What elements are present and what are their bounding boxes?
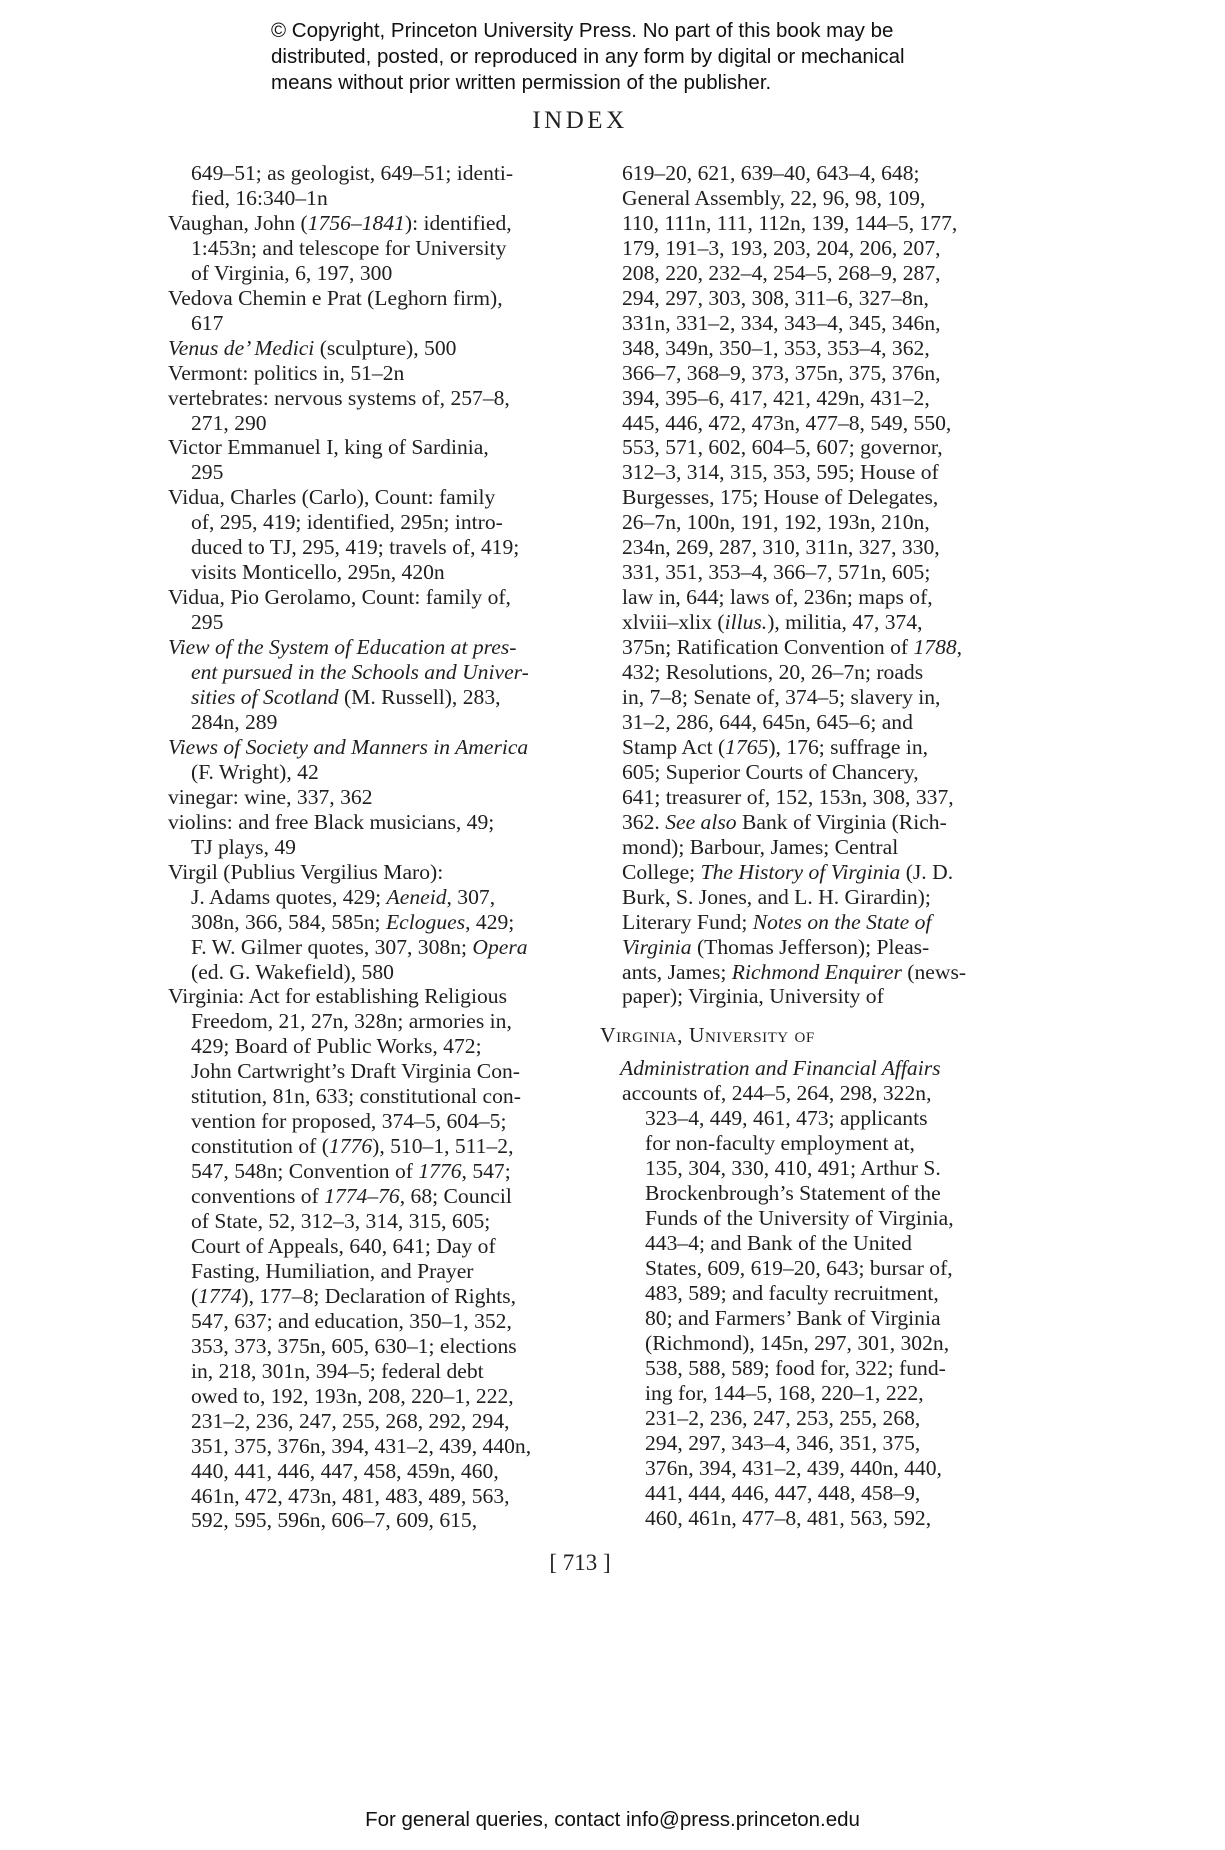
index-line: 641; treasurer of, 152, 153n, 308, 337, — [600, 785, 1020, 810]
index-text-italic: Virginia — [622, 935, 692, 959]
index-text: (news- — [902, 960, 966, 984]
index-text: 295 — [191, 610, 223, 634]
index-text: 641; treasurer of, 152, 153n, 308, 337, — [622, 785, 954, 809]
index-line: 440, 441, 446, 447, 458, 459n, 460, — [168, 1459, 568, 1484]
index-line: 538, 588, 589; food for, 322; fund- — [600, 1356, 1020, 1381]
index-text-italic: See also — [665, 810, 736, 834]
copyright-line: © Copyright, Princeton University Press.… — [271, 18, 1031, 44]
index-text: 440, 441, 446, 447, 458, 459n, 460, — [191, 1459, 499, 1483]
index-text: 331, 351, 353–4, 366–7, 571n, 605; — [622, 560, 930, 584]
index-line: General Assembly, 22, 96, 98, 109, — [600, 186, 1020, 211]
index-text-italic: Views of Society and Manners in America — [168, 735, 528, 759]
index-text: States, 609, 619–20, 643; bursar of, — [645, 1256, 953, 1280]
index-text-italic: sities of Scotland — [191, 685, 339, 709]
index-line: Vedova Chemin e Prat (Leghorn firm), — [168, 286, 568, 311]
index-text: 308n, 366, 584, 585n; — [191, 910, 386, 934]
index-line: 294, 297, 343–4, 346, 351, 375, — [600, 1431, 1020, 1456]
footer-contact: For general queries, contact info@press.… — [0, 1808, 1225, 1832]
index-text: 179, 191–3, 193, 203, 204, 206, 207, — [622, 236, 941, 260]
index-line: 294, 297, 303, 308, 311–6, 327–8n, — [600, 286, 1020, 311]
index-text-italic: The History of Virginia — [701, 860, 901, 884]
index-line: J. Adams quotes, 429; Aeneid, 307, — [168, 885, 568, 910]
index-text: ), 176; suffrage in, — [768, 735, 928, 759]
index-line: 445, 446, 472, 473n, 477–8, 549, 550, — [600, 411, 1020, 436]
index-text: 294, 297, 343–4, 346, 351, 375, — [645, 1431, 920, 1455]
page-number: [ 713 ] — [0, 1550, 1160, 1576]
index-text-italic: 1776 — [329, 1134, 372, 1158]
index-line: constitution of (1776), 510–1, 511–2, — [168, 1134, 568, 1159]
index-line: of, 295, 419; identified, 295n; intro- — [168, 510, 568, 535]
index-text: law in, 644; laws of, 236n; maps of, — [622, 585, 933, 609]
index-text: Literary Fund; — [622, 910, 753, 934]
index-line: Views of Society and Manners in America — [168, 735, 568, 760]
index-line: vertebrates: nervous systems of, 257–8, — [168, 386, 568, 411]
index-line: fied, 16:340–1n — [168, 186, 568, 211]
index-line: 331, 351, 353–4, 366–7, 571n, 605; — [600, 560, 1020, 585]
index-text-italic: View of the System of Education at pres- — [168, 635, 516, 659]
index-text-italic: 1756–1841 — [308, 211, 405, 235]
index-line: Vaughan, John (1756–1841): identified, — [168, 211, 568, 236]
index-line: 295 — [168, 610, 568, 635]
index-text: , 307, — [447, 885, 496, 909]
index-line: of Virginia, 6, 197, 300 — [168, 261, 568, 286]
index-text: (F. Wright), 42 — [191, 760, 319, 784]
index-text: 441, 444, 446, 447, 448, 458–9, — [645, 1481, 920, 1505]
index-text: 1:453n; and telescope for University — [191, 236, 506, 260]
index-text: , — [957, 635, 962, 659]
index-text: Stamp Act ( — [622, 735, 725, 759]
index-line: Burk, S. Jones, and L. H. Girardin); — [600, 885, 1020, 910]
index-line: Brockenbrough’s Statement of the — [600, 1181, 1020, 1206]
index-text: 80; and Farmers’ Bank of Virginia — [645, 1306, 941, 1330]
index-text: 483, 589; and faculty recruitment, — [645, 1281, 939, 1305]
index-text: 445, 446, 472, 473n, 477–8, 549, 550, — [622, 411, 951, 435]
index-line: College; The History of Virginia (J. D. — [600, 860, 1020, 885]
index-line: law in, 644; laws of, 236n; maps of, — [600, 585, 1020, 610]
index-text-italic: Eclogues — [386, 910, 465, 934]
index-line: (F. Wright), 42 — [168, 760, 568, 785]
index-line: 26–7n, 100n, 191, 192, 193n, 210n, — [600, 510, 1020, 535]
index-text-italic: Richmond Enquirer — [732, 960, 902, 984]
index-text: ants, James; — [622, 960, 732, 984]
index-text: 231–2, 236, 247, 253, 255, 268, — [645, 1406, 920, 1430]
index-text: paper); Virginia, University of — [622, 984, 884, 1008]
index-text: 443–4; and Bank of the United — [645, 1231, 912, 1255]
index-line: Victor Emmanuel I, king of Sardinia, — [168, 435, 568, 460]
index-text: ): identified, — [405, 211, 512, 235]
index-text: General Assembly, 22, 96, 98, 109, — [622, 186, 925, 210]
index-text: J. Adams quotes, 429; — [191, 885, 387, 909]
index-text: 110, 111n, 111, 112n, 139, 144–5, 177, — [622, 211, 957, 235]
index-line: Vidua, Pio Gerolamo, Count: family of, — [168, 585, 568, 610]
copyright-line: means without prior written permission o… — [271, 70, 1031, 96]
index-text: Virginia: Act for establishing Religious — [168, 984, 507, 1008]
index-line: 460, 461n, 477–8, 481, 563, 592, — [600, 1506, 1020, 1531]
index-line: ent pursued in the Schools and Univer- — [168, 660, 568, 685]
index-line: 617 — [168, 311, 568, 336]
index-line: 592, 595, 596n, 606–7, 609, 615, — [168, 1508, 568, 1533]
index-text: Funds of the University of Virginia, — [645, 1206, 954, 1230]
index-line: 605; Superior Courts of Chancery, — [600, 760, 1020, 785]
index-line: 271, 290 — [168, 411, 568, 436]
index-line: 353, 373, 375n, 605, 630–1; elections — [168, 1334, 568, 1359]
index-text-italic: Aeneid — [387, 885, 447, 909]
index-line: 429; Board of Public Works, 472; — [168, 1034, 568, 1059]
index-line: 179, 191–3, 193, 203, 204, 206, 207, — [600, 236, 1020, 261]
index-text: 208, 220, 232–4, 254–5, 268–9, 287, — [622, 261, 941, 285]
index-column-left: 649–51; as geologist, 649–51; identi-fie… — [168, 161, 568, 1533]
index-text: , 429; — [465, 910, 514, 934]
index-text: F. W. Gilmer quotes, 307, 308n; — [191, 935, 472, 959]
index-text: ), 177–8; Declaration of Rights, — [241, 1284, 516, 1308]
index-line: 234n, 269, 287, 310, 311n, 327, 330, — [600, 535, 1020, 560]
index-line: 308n, 366, 584, 585n; Eclogues, 429; — [168, 910, 568, 935]
index-line: Literary Fund; Notes on the State of — [600, 910, 1020, 935]
index-line: 208, 220, 232–4, 254–5, 268–9, 287, — [600, 261, 1020, 286]
index-line: 135, 304, 330, 410, 491; Arthur S. — [600, 1156, 1020, 1181]
index-line: 375n; Ratification Convention of 1788, — [600, 635, 1020, 660]
index-text: 284n, 289 — [191, 710, 277, 734]
index-line: Freedom, 21, 27n, 328n; armories in, — [168, 1009, 568, 1034]
virginia-entry-continuation: 619–20, 621, 639–40, 643–4, 648;General … — [600, 161, 1020, 1009]
index-text: 271, 290 — [191, 411, 267, 435]
index-text: 351, 375, 376n, 394, 431–2, 439, 440n, — [191, 1434, 531, 1458]
index-text: Vidua, Pio Gerolamo, Count: family of, — [168, 585, 511, 609]
index-text: College; — [622, 860, 701, 884]
index-text: 538, 588, 589; food for, 322; fund- — [645, 1356, 946, 1380]
index-line: TJ plays, 49 — [168, 835, 568, 860]
index-text: (ed. G. Wakefield), 580 — [191, 960, 394, 984]
index-text: Fasting, Humiliation, and Prayer — [191, 1259, 473, 1283]
index-text: 135, 304, 330, 410, 491; Arthur S. — [645, 1156, 941, 1180]
index-line: View of the System of Education at pres- — [168, 635, 568, 660]
index-line: Vermont: politics in, 51–2n — [168, 361, 568, 386]
index-line: owed to, 192, 193n, 208, 220–1, 222, — [168, 1384, 568, 1409]
index-line: 394, 395–6, 417, 421, 429n, 431–2, — [600, 386, 1020, 411]
index-text: (Richmond), 145n, 297, 301, 302n, — [645, 1331, 949, 1355]
copyright-notice: © Copyright, Princeton University Press.… — [271, 18, 1031, 96]
index-line: Funds of the University of Virginia, — [600, 1206, 1020, 1231]
index-text: of Virginia, 6, 197, 300 — [191, 261, 392, 285]
index-text: 312–3, 314, 315, 353, 595; House of — [622, 460, 939, 484]
index-text: Court of Appeals, 640, 641; Day of — [191, 1234, 496, 1258]
index-line: Venus de’ Medici (sculpture), 500 — [168, 336, 568, 361]
index-line: 441, 444, 446, 447, 448, 458–9, — [600, 1481, 1020, 1506]
index-line: 619–20, 621, 639–40, 643–4, 648; — [600, 161, 1020, 186]
index-text: 331n, 331–2, 334, 343–4, 345, 346n, — [622, 311, 941, 335]
index-line: 231–2, 236, 247, 253, 255, 268, — [600, 1406, 1020, 1431]
index-text: 461n, 472, 473n, 481, 483, 489, 563, — [191, 1484, 510, 1508]
index-line: 649–51; as geologist, 649–51; identi- — [168, 161, 568, 186]
section-heading: Virginia, University of — [600, 1023, 1020, 1048]
index-line: 483, 589; and faculty recruitment, — [600, 1281, 1020, 1306]
index-line: Court of Appeals, 640, 641; Day of — [168, 1234, 568, 1259]
index-line: Fasting, Humiliation, and Prayer — [168, 1259, 568, 1284]
index-text: vention for proposed, 374–5, 604–5; — [191, 1109, 506, 1133]
index-line: 362. See also Bank of Virginia (Rich- — [600, 810, 1020, 835]
index-line: xlviii–xlix (illus.), militia, 47, 374, — [600, 610, 1020, 635]
index-text: 376n, 394, 431–2, 439, 440n, 440, — [645, 1456, 942, 1480]
index-text: vinegar: wine, 337, 362 — [168, 785, 373, 809]
index-line: F. W. Gilmer quotes, 307, 308n; Opera — [168, 935, 568, 960]
index-text: 649–51; as geologist, 649–51; identi- — [191, 161, 513, 185]
index-text: 26–7n, 100n, 191, 192, 193n, 210n, — [622, 510, 930, 534]
index-text-italic: Notes on the State of — [753, 910, 932, 934]
index-line: Virginia: Act for establishing Religious — [168, 984, 568, 1009]
index-text: ), 510–1, 511–2, — [372, 1134, 513, 1158]
index-text: 592, 595, 596n, 606–7, 609, 615, — [191, 1508, 477, 1532]
index-line: 80; and Farmers’ Bank of Virginia — [600, 1306, 1020, 1331]
index-line: visits Monticello, 295n, 420n — [168, 560, 568, 585]
index-line: 110, 111n, 111, 112n, 139, 144–5, 177, — [600, 211, 1020, 236]
index-text: 394, 395–6, 417, 421, 429n, 431–2, — [622, 386, 930, 410]
index-text: (Thomas Jefferson); Pleas- — [692, 935, 930, 959]
index-text: (J. D. — [900, 860, 953, 884]
index-text: 234n, 269, 287, 310, 311n, 327, 330, — [622, 535, 940, 559]
index-text: 605; Superior Courts of Chancery, — [622, 760, 919, 784]
index-line: 366–7, 368–9, 373, 375n, 375, 376n, — [600, 361, 1020, 386]
index-line: John Cartwright’s Draft Virginia Con- — [168, 1059, 568, 1084]
index-text: Victor Emmanuel I, king of Sardinia, — [168, 435, 489, 459]
index-line: 553, 571, 602, 604–5, 607; governor, — [600, 435, 1020, 460]
index-text: owed to, 192, 193n, 208, 220–1, 222, — [191, 1384, 514, 1408]
index-text: 429; Board of Public Works, 472; — [191, 1034, 482, 1058]
index-line: accounts of, 244–5, 264, 298, 322n, — [600, 1081, 1020, 1106]
index-text: Bank of Virginia (Rich- — [737, 810, 947, 834]
index-line: mond); Barbour, James; Central — [600, 835, 1020, 860]
index-line: 376n, 394, 431–2, 439, 440n, 440, — [600, 1456, 1020, 1481]
index-text-italic: 1774–76 — [324, 1184, 400, 1208]
index-line: 348, 349n, 350–1, 353, 353–4, 362, — [600, 336, 1020, 361]
index-text: 294, 297, 303, 308, 311–6, 327–8n, — [622, 286, 929, 310]
index-text: for non-faculty employment at, — [645, 1131, 915, 1155]
index-line: Virginia (Thomas Jefferson); Pleas- — [600, 935, 1020, 960]
index-line: sities of Scotland (M. Russell), 283, — [168, 685, 568, 710]
index-text: fied, 16:340–1n — [191, 186, 328, 210]
index-line: 443–4; and Bank of the United — [600, 1231, 1020, 1256]
index-line: vention for proposed, 374–5, 604–5; — [168, 1109, 568, 1134]
index-line: 31–2, 286, 644, 645n, 645–6; and — [600, 710, 1020, 735]
index-text: 295 — [191, 460, 223, 484]
index-line: paper); Virginia, University of — [600, 984, 1020, 1009]
index-text: 323–4, 449, 461, 473; applicants — [645, 1106, 928, 1130]
index-line: for non-faculty employment at, — [600, 1131, 1020, 1156]
index-text: 547, 637; and education, 350–1, 352, — [191, 1309, 512, 1333]
subsection-heading: Administration and Financial Affairs — [600, 1056, 1020, 1081]
copyright-line: distributed, posted, or reproduced in an… — [271, 44, 1031, 70]
index-line: stitution, 81n, 633; constitutional con- — [168, 1084, 568, 1109]
index-line: Burgesses, 175; House of Delegates, — [600, 485, 1020, 510]
index-text: Vermont: politics in, 51–2n — [168, 361, 404, 385]
index-line: 351, 375, 376n, 394, 431–2, 439, 440n, — [168, 1434, 568, 1459]
index-text: in, 218, 301n, 394–5; federal debt — [191, 1359, 484, 1383]
index-line: 432; Resolutions, 20, 26–7n; roads — [600, 660, 1020, 685]
index-line: 547, 637; and education, 350–1, 352, — [168, 1309, 568, 1334]
subsection-entries: accounts of, 244–5, 264, 298, 322n,323–4… — [600, 1081, 1020, 1530]
index-line: Vidua, Charles (Carlo), Count: family — [168, 485, 568, 510]
index-text: Burk, S. Jones, and L. H. Girardin); — [622, 885, 931, 909]
index-text-italic: 1776 — [418, 1159, 461, 1183]
index-line: (1774), 177–8; Declaration of Rights, — [168, 1284, 568, 1309]
index-text: 353, 373, 375n, 605, 630–1; elections — [191, 1334, 517, 1358]
index-text: 348, 349n, 350–1, 353, 353–4, 362, — [622, 336, 930, 360]
index-text-italic: 1788 — [913, 635, 956, 659]
index-line: Virgil (Publius Vergilius Maro): — [168, 860, 568, 885]
index-text: 617 — [191, 311, 223, 335]
index-line: 284n, 289 — [168, 710, 568, 735]
index-line: 331n, 331–2, 334, 343–4, 345, 346n, — [600, 311, 1020, 336]
index-text: 375n; Ratification Convention of — [622, 635, 913, 659]
index-text: 553, 571, 602, 604–5, 607; governor, — [622, 435, 943, 459]
index-text: conventions of — [191, 1184, 324, 1208]
index-text: visits Monticello, 295n, 420n — [191, 560, 445, 584]
index-text: 619–20, 621, 639–40, 643–4, 648; — [622, 161, 920, 185]
index-text-italic: illus. — [725, 610, 768, 634]
index-text: ing for, 144–5, 168, 220–1, 222, — [645, 1381, 924, 1405]
index-line: 461n, 472, 473n, 481, 483, 489, 563, — [168, 1484, 568, 1509]
index-text: Brockenbrough’s Statement of the — [645, 1181, 941, 1205]
index-text: John Cartwright’s Draft Virginia Con- — [191, 1059, 520, 1083]
index-text: stitution, 81n, 633; constitutional con- — [191, 1084, 521, 1108]
index-line: States, 609, 619–20, 643; bursar of, — [600, 1256, 1020, 1281]
index-text: Vedova Chemin e Prat (Leghorn firm), — [168, 286, 503, 310]
index-text: 31–2, 286, 644, 645n, 645–6; and — [622, 710, 913, 734]
index-line: vinegar: wine, 337, 362 — [168, 785, 568, 810]
index-text: Virgil (Publius Vergilius Maro): — [168, 860, 443, 884]
index-text-italic: ent pursued in the Schools and Univer- — [191, 660, 529, 684]
index-line: in, 7–8; Senate of, 374–5; slavery in, — [600, 685, 1020, 710]
index-text: duced to TJ, 295, 419; travels of, 419; — [191, 535, 519, 559]
index-line: ing for, 144–5, 168, 220–1, 222, — [600, 1381, 1020, 1406]
index-text-italic: 1774 — [198, 1284, 241, 1308]
index-text: vertebrates: nervous systems of, 257–8, — [168, 386, 510, 410]
index-text: accounts of, 244–5, 264, 298, 322n, — [622, 1081, 931, 1105]
index-line: duced to TJ, 295, 419; travels of, 419; — [168, 535, 568, 560]
index-line: (Richmond), 145n, 297, 301, 302n, — [600, 1331, 1020, 1356]
index-line: in, 218, 301n, 394–5; federal debt — [168, 1359, 568, 1384]
index-text: constitution of ( — [191, 1134, 329, 1158]
index-line: 1:453n; and telescope for University — [168, 236, 568, 261]
index-text: , 68; Council — [400, 1184, 512, 1208]
index-text-italic: Venus de’ Medici — [168, 336, 314, 360]
index-text: violins: and free Black musicians, 49; — [168, 810, 494, 834]
index-text: 432; Resolutions, 20, 26–7n; roads — [622, 660, 923, 684]
index-text: xlviii–xlix ( — [622, 610, 725, 634]
index-line: 547, 548n; Convention of 1776, 547; — [168, 1159, 568, 1184]
index-text: (sculpture), 500 — [314, 336, 456, 360]
index-text: 547, 548n; Convention of — [191, 1159, 418, 1183]
index-line: Stamp Act (1765), 176; suffrage in, — [600, 735, 1020, 760]
index-text: of State, 52, 312–3, 314, 315, 605; — [191, 1209, 490, 1233]
index-text: 366–7, 368–9, 373, 375n, 375, 376n, — [622, 361, 941, 385]
index-line: 231–2, 236, 247, 255, 268, 292, 294, — [168, 1409, 568, 1434]
index-text: (M. Russell), 283, — [339, 685, 501, 709]
index-text: Burgesses, 175; House of Delegates, — [622, 485, 938, 509]
index-text: 460, 461n, 477–8, 481, 563, 592, — [645, 1506, 931, 1530]
page-title: INDEX — [0, 107, 1160, 135]
index-line: ants, James; Richmond Enquirer (news- — [600, 960, 1020, 985]
index-line: 295 — [168, 460, 568, 485]
index-text-italic: 1765 — [725, 735, 768, 759]
index-text: Vidua, Charles (Carlo), Count: family — [168, 485, 495, 509]
index-text: in, 7–8; Senate of, 374–5; slavery in, — [622, 685, 940, 709]
index-text: Vaughan, John ( — [168, 211, 308, 235]
index-text: , 547; — [462, 1159, 511, 1183]
index-text: of, 295, 419; identified, 295n; intro- — [191, 510, 503, 534]
index-column-right: 619–20, 621, 639–40, 643–4, 648;General … — [600, 161, 1020, 1530]
index-line: conventions of 1774–76, 68; Council — [168, 1184, 568, 1209]
index-text: Freedom, 21, 27n, 328n; armories in, — [191, 1009, 512, 1033]
index-text: ), militia, 47, 374, — [767, 610, 922, 634]
index-text: 231–2, 236, 247, 255, 268, 292, 294, — [191, 1409, 510, 1433]
index-text: TJ plays, 49 — [191, 835, 296, 859]
index-line: violins: and free Black musicians, 49; — [168, 810, 568, 835]
index-line: 312–3, 314, 315, 353, 595; House of — [600, 460, 1020, 485]
index-line: 323–4, 449, 461, 473; applicants — [600, 1106, 1020, 1131]
index-text-italic: Opera — [472, 935, 527, 959]
index-text: 362. — [622, 810, 665, 834]
index-text: mond); Barbour, James; Central — [622, 835, 898, 859]
index-line: (ed. G. Wakefield), 580 — [168, 960, 568, 985]
index-line: of State, 52, 312–3, 314, 315, 605; — [168, 1209, 568, 1234]
